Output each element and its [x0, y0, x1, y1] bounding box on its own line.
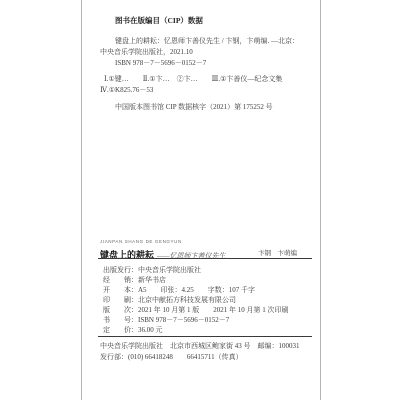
imprint-label: 定 价：: [103, 326, 138, 334]
cip-entry-line2: 中央音乐学院出版社，2021.10: [100, 48, 193, 56]
title-row: 键盘上的耕耘——忆恩师卞善仪先生: [100, 245, 225, 263]
imprint-row-isbn: 书 号：ISBN 978－7－5696－0152－7: [103, 316, 229, 324]
imprint-row-edition: 版 次：2021 年 10 月第 1 版 2021 年 10 月第 1 次印刷: [103, 306, 289, 314]
imprint-value: A5 印张：4.25 字数：107 千字: [138, 286, 255, 294]
cip-header: 图书在版编目（CIP）数据: [115, 17, 203, 26]
imprint-row-format: 开 本：A5 印张：4.25 字数：107 千字: [103, 286, 255, 294]
imprint-label: 开 本：: [103, 286, 138, 294]
cip-entry-line1: 键盘上的耕耘：忆恩师卞善仪先生 / 卞钢，卞萌编. —北京：: [115, 37, 299, 45]
imprint-row-printer: 印 刷：北京中献拓方科技发展有限公司: [103, 296, 236, 304]
divider-rule-bottom: [98, 336, 312, 337]
imprint-value: 2021 年 10 月第 1 版 2021 年 10 月第 1 次印刷: [138, 306, 289, 314]
divider-rule-top: [98, 258, 312, 259]
imprint-row-distributor: 经 销：新华书店: [103, 276, 166, 284]
imprint-value: 北京中献拓方科技发展有限公司: [138, 296, 236, 304]
title-pinyin: JIANPAN SHANG DE GENGYUN: [100, 239, 182, 244]
imprint-value: 36.00 元: [138, 326, 163, 334]
imprint-row-price: 定 价：36.00 元: [103, 326, 163, 334]
page-edge-right: [320, 0, 321, 400]
editors-credit: 卞钢 卞萌编: [258, 248, 297, 257]
publisher-address: 中央音乐学院出版社 北京市西城区鲍家街 43 号 邮编：100031: [100, 341, 300, 351]
imprint-label: 印 刷：: [103, 296, 138, 304]
imprint-value: 新华书店: [138, 276, 166, 284]
cip-record-number: 中国版本图书馆 CIP 数据核字（2021）第 175252 号: [115, 103, 273, 111]
cip-classification-line1: Ⅰ.①键… Ⅱ.①卞… ②卞… Ⅲ.①卞善仪—纪念文集: [104, 75, 282, 83]
imprint-label: 书 号：: [103, 316, 138, 324]
page-edge-left: [81, 0, 82, 400]
cip-entry-isbn: ISBN 978－7－5696－0152－7: [115, 59, 206, 67]
imprint-label: 出版发行：: [103, 266, 138, 274]
distribution-phone: 发行部：(010) 66418248 66415711（传真）: [100, 352, 243, 362]
imprint-label: 版 次：: [103, 306, 138, 314]
cip-classification-line2: Ⅳ.①K825.76－53: [100, 86, 153, 94]
imprint-value: 中央音乐学院出版社: [138, 266, 201, 274]
imprint-row-publisher: 出版发行：中央音乐学院出版社: [103, 266, 201, 274]
imprint-label: 经 销：: [103, 276, 138, 284]
imprint-value: ISBN 978－7－5696－0152－7: [138, 316, 229, 324]
